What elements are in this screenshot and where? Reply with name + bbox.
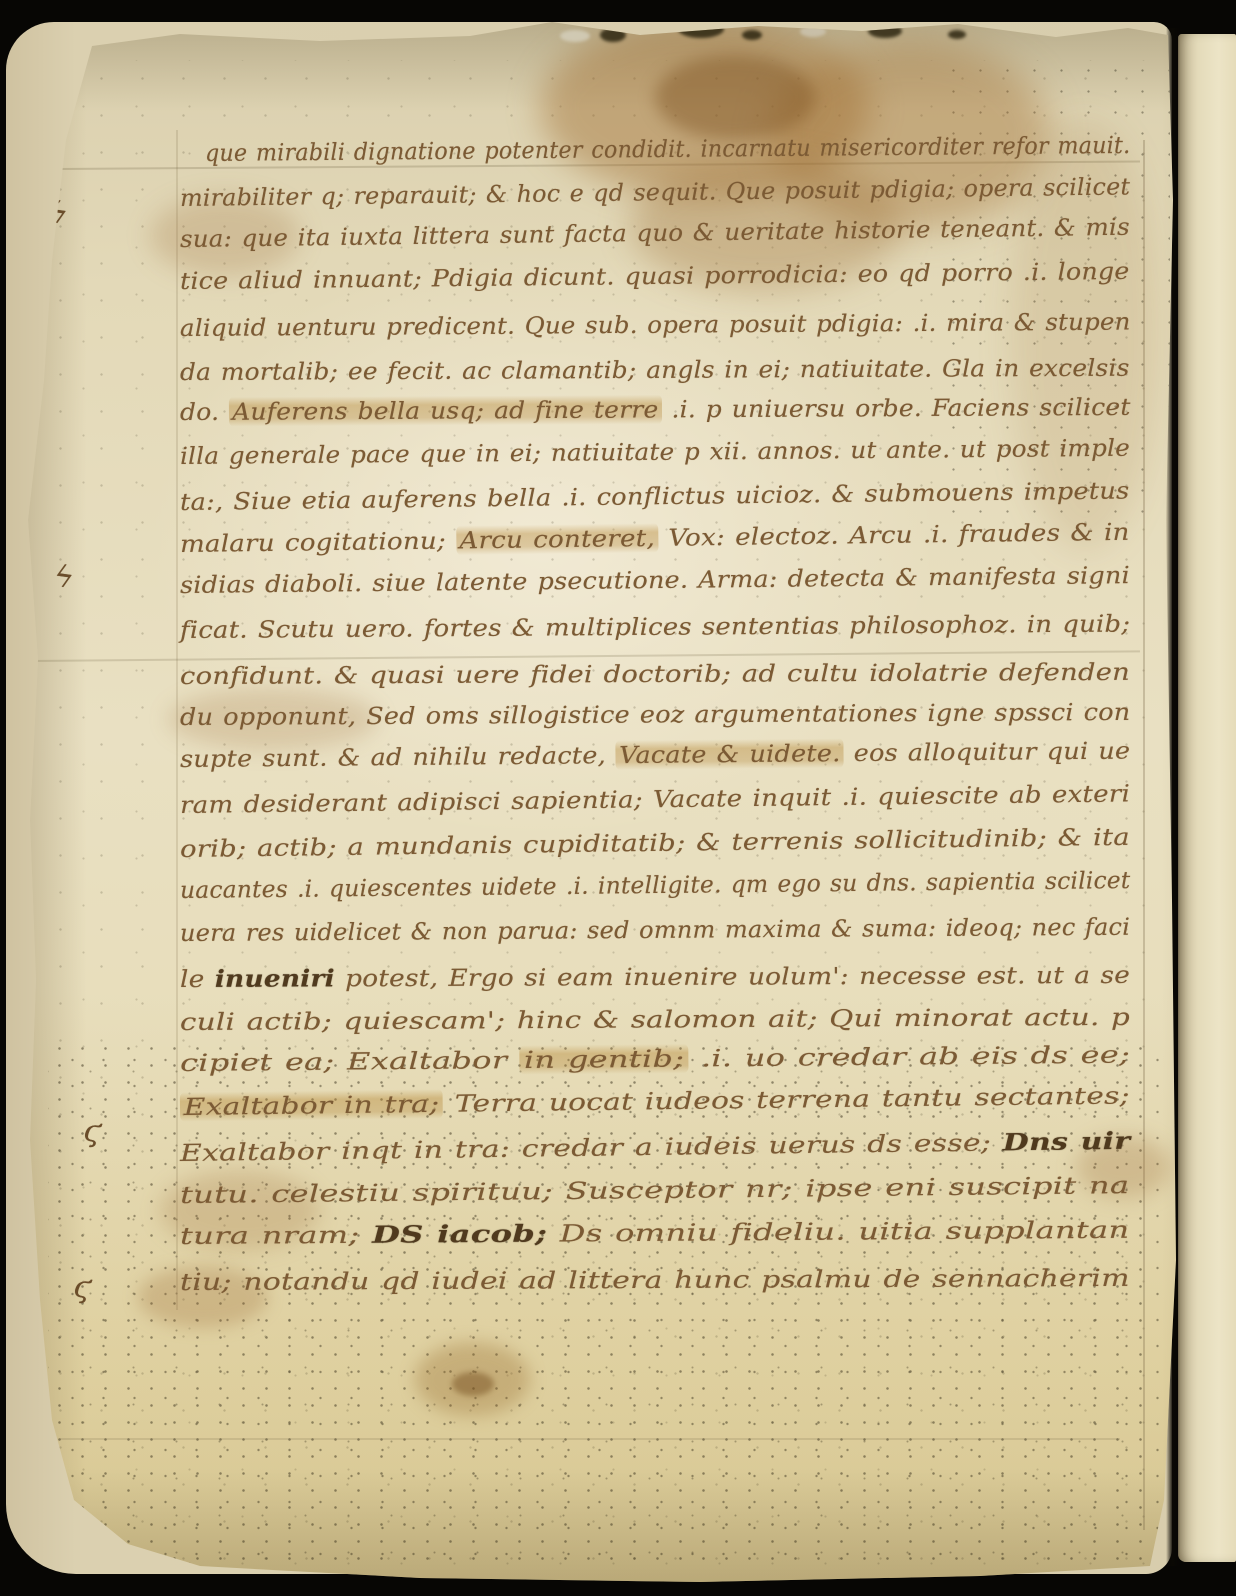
manuscript-line: sidias diaboli. siue latente psecutione.…	[180, 560, 1130, 600]
manuscript-text: Exaltabor inqt in tra: credar a iudeis u…	[180, 1129, 1003, 1168]
manuscript-line: supte sunt. & ad nihilu redacte, Vacate …	[180, 735, 1131, 773]
manuscript-text-highlighted: in gentib;	[520, 1042, 689, 1075]
manuscript-text-dark: Dns uir	[1003, 1127, 1131, 1157]
manuscript-line: uera res uidelicet & non parua: sed omnm…	[180, 911, 1130, 947]
manuscript-text: tura nram;	[180, 1221, 372, 1250]
manuscript-line: tutu. celestiu spirituu; Susceptor nr; i…	[180, 1170, 1130, 1210]
manuscript-text: mirabiliter q; reparauit; & hoc e qd seq…	[180, 173, 1131, 213]
manuscript-line: que mirabili dignatione potenter condidi…	[205, 130, 1131, 168]
manuscript-text: que mirabili dignatione potenter condidi…	[205, 131, 1131, 167]
manuscript-text: tiu; notandu qd iudei ad littera hunc ps…	[180, 1264, 1130, 1296]
manuscript-line: malaru cogitationu; Arcu conteret, Vox: …	[180, 517, 1130, 559]
manuscript-text: sidias diaboli. siue latente psecutione.…	[180, 561, 1130, 599]
manuscript-text: Terra uocat iudeos terrena tantu sectant…	[443, 1082, 1130, 1118]
manuscript-text: eos alloquitur qui ue	[844, 736, 1131, 767]
manuscript-line: Exaltabor inqt in tra: credar a iudeis u…	[180, 1126, 1131, 1168]
manuscript-line: confidunt. & quasi uere fidei doctorib; …	[180, 657, 1130, 691]
manuscript-text-highlighted: Exaltabor in tra;	[180, 1088, 444, 1123]
manuscript-text-highlighted: Vacate & uidete.	[616, 737, 844, 771]
manuscript-line: tura nram; DS iacob; Ds omniu fideliu. u…	[180, 1215, 1130, 1251]
manuscript-text: tice aliud innuant; Pdigia dicunt. quasi…	[180, 257, 1130, 295]
manuscript-text: tutu. celestiu spirituu; Susceptor nr; i…	[180, 1171, 1130, 1209]
manuscript-line: ta:, Siue etia auferens bella .i. confli…	[180, 475, 1130, 517]
manuscript-text: le	[180, 965, 215, 993]
manuscript-text-dark: inueniri	[215, 964, 335, 993]
manuscript-line: tiu; notandu qd iudei ad littera hunc ps…	[180, 1263, 1130, 1297]
manuscript-line: cipiet ea; Exaltabor in gentib; .i. uo c…	[180, 1039, 1130, 1077]
manuscript-text: da mortalib; ee fecit. ac clamantib; ang…	[180, 353, 1130, 385]
manuscript-line: aliquid uenturu predicent. Que sub. oper…	[180, 306, 1131, 342]
manuscript-text: uera res uidelicet & non parua: sed omnm…	[180, 912, 1130, 946]
manuscript-line: culi actib; quiescam'; hinc & salomon ai…	[180, 1002, 1130, 1037]
manuscript-text: supte sunt. & ad nihilu redacte,	[180, 741, 616, 773]
manuscript-text-highlighted: Arcu conteret,	[456, 522, 659, 557]
manuscript-line: du opponunt, Sed oms sillogistice eoz ar…	[180, 697, 1131, 732]
manuscript-text-dark: DS iacob;	[372, 1220, 547, 1249]
manuscript-line: sua: que ita iuxta littera sunt facta qu…	[180, 212, 1130, 254]
manuscript-text: ram desiderant adipisci sapientia; Vacat…	[180, 779, 1130, 819]
manuscript-line: illa generale pace que in ei; natiuitate…	[180, 432, 1130, 470]
manuscript-line: da mortalib; ee fecit. ac clamantib; ang…	[180, 352, 1130, 386]
manuscript-text: orib; actib; a mundanis cupiditatib; & t…	[180, 823, 1130, 863]
manuscript-text-highlighted: Auferens bella usq; ad fine terre	[229, 393, 662, 427]
manuscript-line: do. Auferens bella usq; ad fine terre .i…	[180, 392, 1131, 427]
manuscript-text: du opponunt, Sed oms sillogistice eoz ar…	[180, 698, 1131, 731]
manuscript-line: le inueniri potest, Ergo si eam inuenire…	[180, 960, 1130, 994]
manuscript-line: ficat. Scutu uero. fortes & multiplices …	[180, 609, 1130, 645]
manuscript-text: cipiet ea; Exaltabor	[180, 1046, 520, 1077]
manuscript-text: malaru cogitationu;	[180, 527, 456, 559]
manuscript-line: Exaltabor in tra; Terra uocat iudeos ter…	[180, 1081, 1130, 1123]
next-folio-edge	[1178, 34, 1236, 1562]
manuscript-text: culi actib; quiescam'; hinc & salomon ai…	[180, 1003, 1130, 1036]
manuscript-text: Ds omniu fideliu. uitia supplantan	[547, 1216, 1129, 1248]
manuscript-text: .i. uo credar ab eis ds ee;	[688, 1040, 1130, 1072]
manuscript-line: tice aliud innuant; Pdigia dicunt. quasi…	[180, 256, 1130, 296]
manuscript-text-block: que mirabili dignatione potenter condidi…	[0, 0, 1236, 1596]
manuscript-text: .i. p uniuersu orbe. Faciens scilicet	[662, 393, 1131, 424]
manuscript-line: uacantes .i. quiescentes uidete .i. inte…	[180, 865, 1131, 905]
manuscript-text: confidunt. & quasi uere fidei doctorib; …	[180, 658, 1130, 690]
manuscript-text: do.	[180, 398, 229, 426]
manuscript-text: ficat. Scutu uero. fortes & multiplices …	[180, 610, 1130, 644]
manuscript-text: Vox: electoz. Arcu .i. fraudes & in	[658, 518, 1130, 552]
manuscript-text: illa generale pace que in ei; natiuitate…	[180, 433, 1130, 469]
manuscript-photo: que mirabili dignatione potenter condidi…	[0, 0, 1236, 1596]
manuscript-line: mirabiliter q; reparauit; & hoc e qd seq…	[180, 172, 1131, 214]
manuscript-text: sua: que ita iuxta littera sunt facta qu…	[180, 213, 1130, 253]
manuscript-page: que mirabili dignatione potenter condidi…	[0, 0, 1236, 1596]
manuscript-text: ta:, Siue etia auferens bella .i. confli…	[180, 476, 1130, 516]
manuscript-line: ram desiderant adipisci sapientia; Vacat…	[180, 778, 1130, 820]
manuscript-text: aliquid uenturu predicent. Que sub. oper…	[180, 307, 1131, 341]
manuscript-line: orib; actib; a mundanis cupiditatib; & t…	[180, 822, 1130, 864]
manuscript-text: potest, Ergo si eam inuenire uolum': nec…	[335, 961, 1130, 992]
manuscript-text: uacantes .i. quiescentes uidete .i. inte…	[180, 866, 1131, 904]
